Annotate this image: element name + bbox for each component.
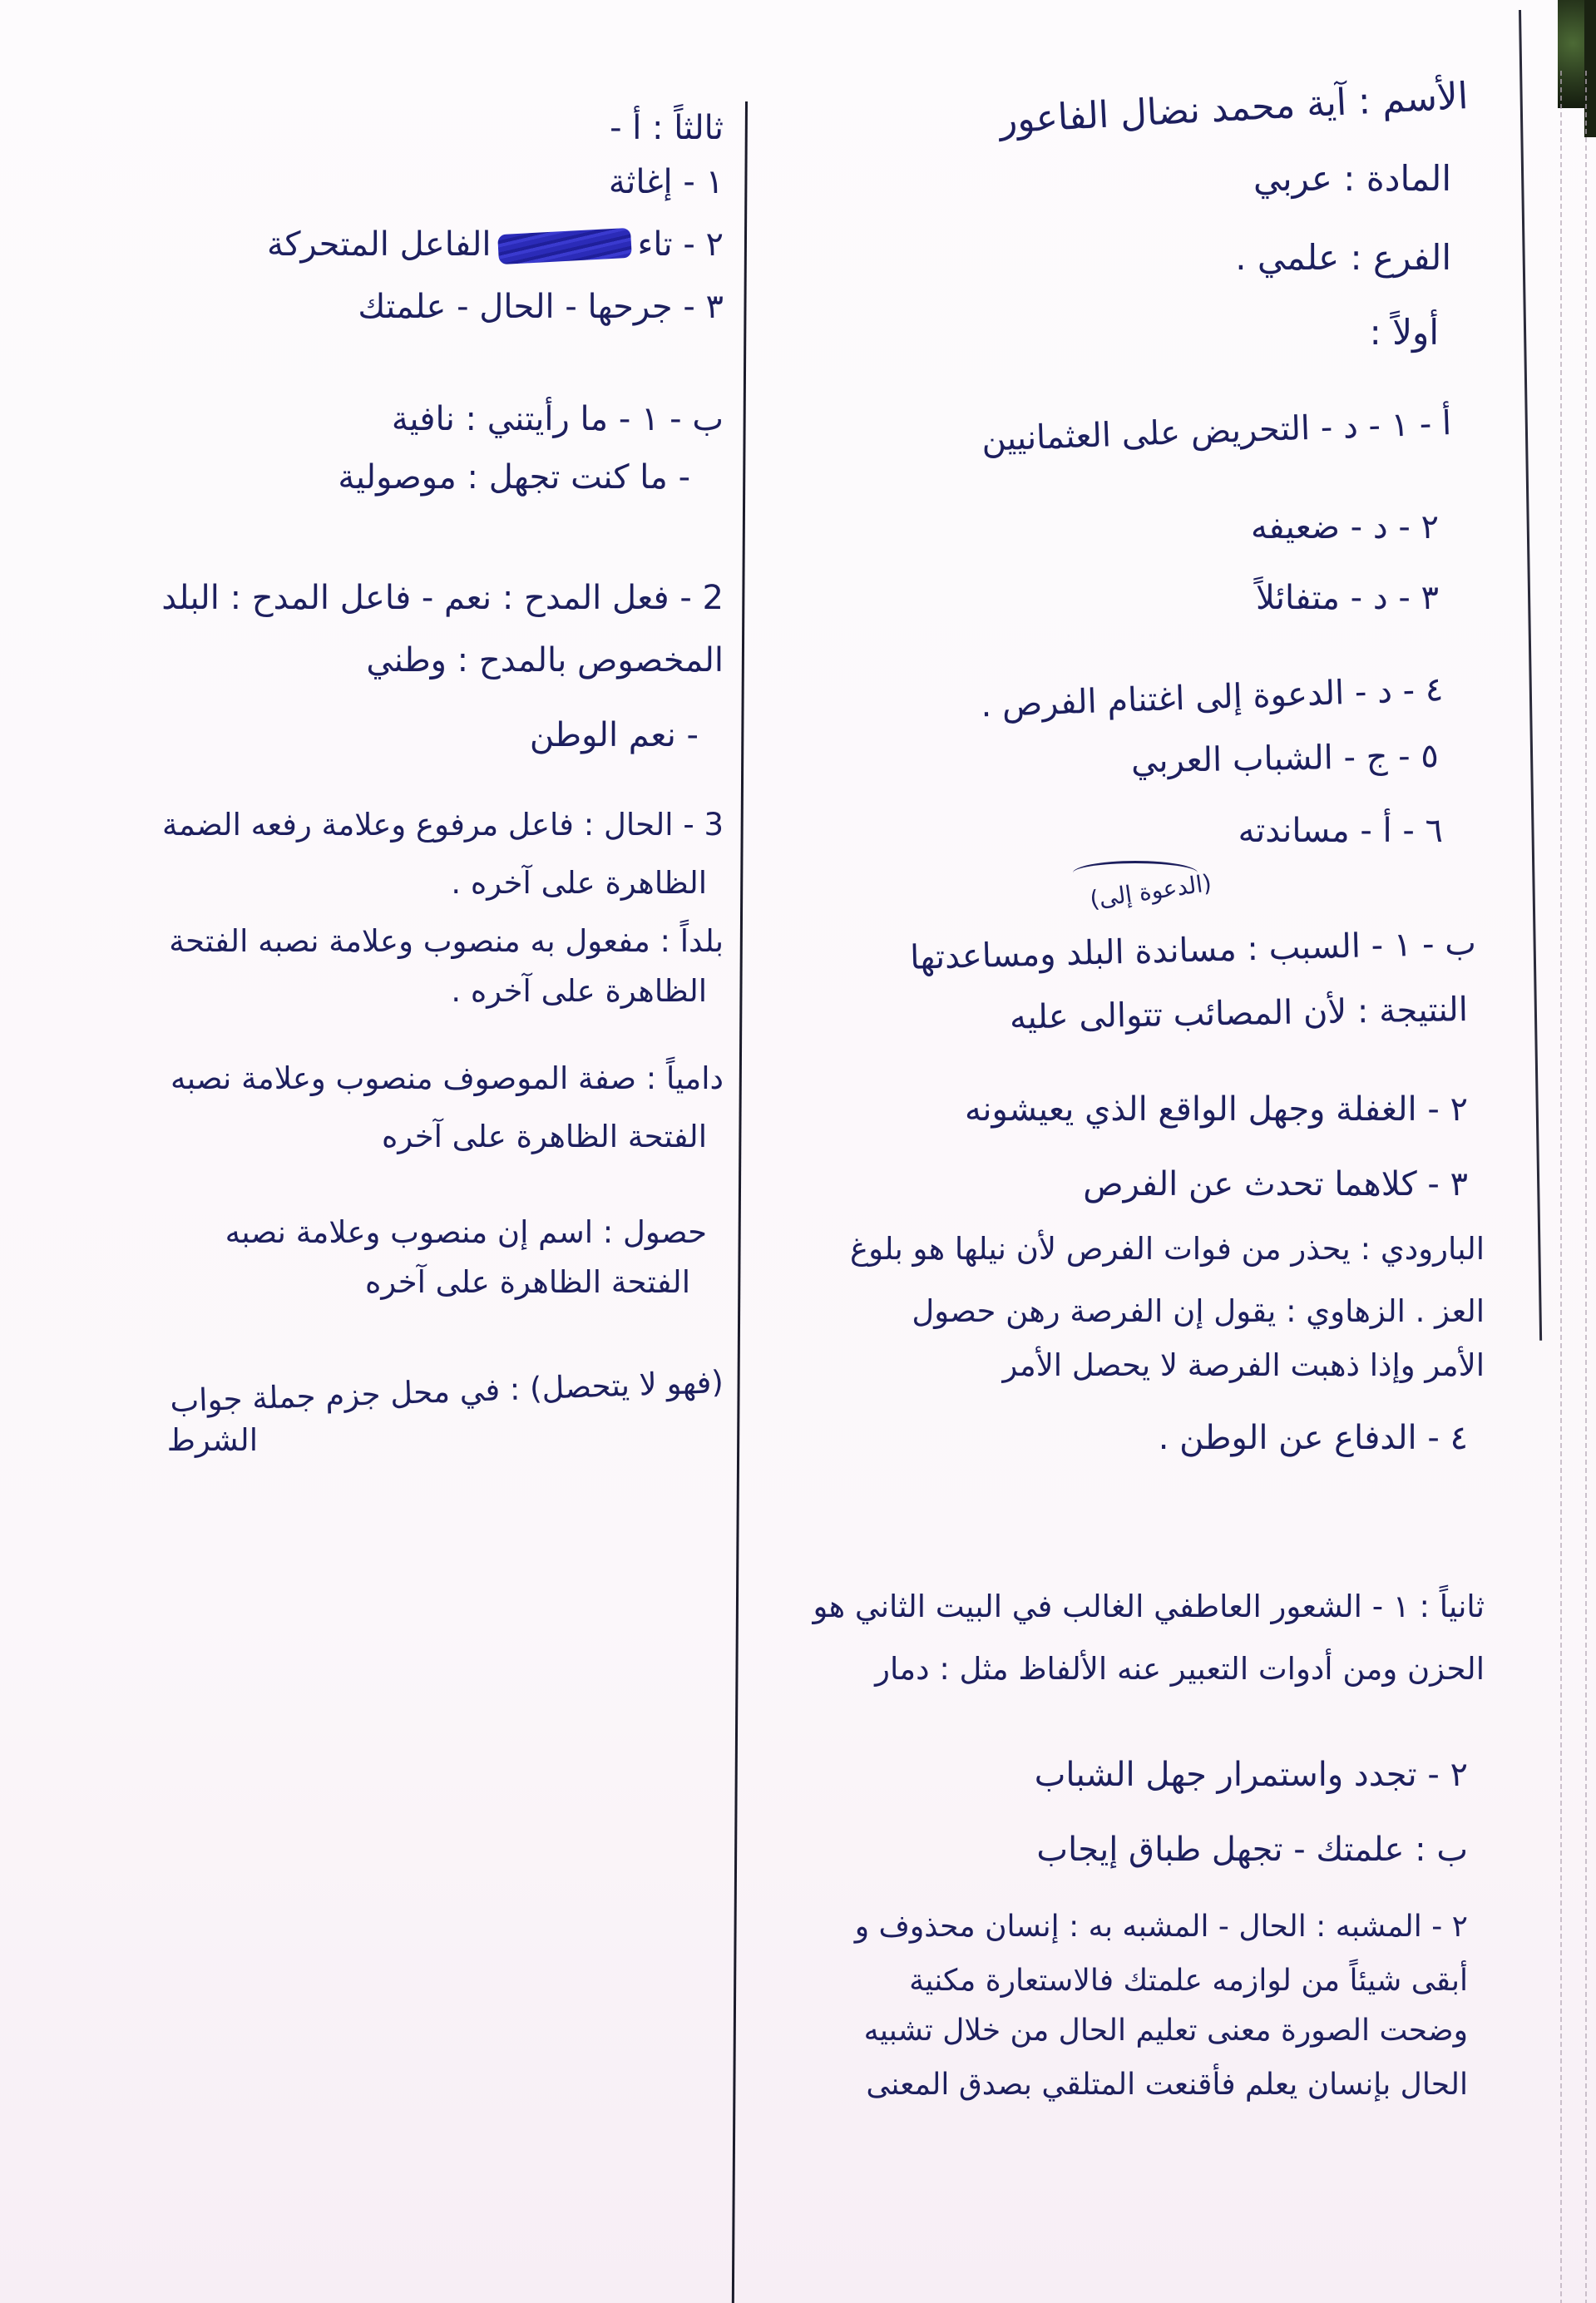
answer-3b1: ب - ١ - ما رأيتني : نافية: [392, 399, 724, 439]
section-2-line: الحزن ومن أدوات التعبير عنه الألفاظ مثل …: [875, 1651, 1485, 1688]
answer-b3-intro: ٣ - كلاهما تحدث عن الفرص: [1083, 1164, 1468, 1204]
answer-3-3-line: بلداً : مفعول به منصوب وعلامة نصبه الفتح…: [169, 923, 724, 960]
section-2-line: ٢ - المشبه : الحال - المشبه به : إنسان م…: [855, 1909, 1468, 1945]
answer-3-3-line: حصول : اسم إن منصوب وعلامة نصبه: [225, 1214, 707, 1251]
answer-3-3-line: الفتحة الظاهرة على آخره: [365, 1264, 690, 1301]
answer-3-3-line: (فهو لا يتحصل) : في محل جزم جملة جواب: [170, 1364, 724, 1421]
answer-3a2-start: ٢ - تاء: [638, 225, 724, 264]
section-3-title: ثالثاً : أ -: [610, 108, 724, 148]
crossed-out-text: [497, 228, 632, 264]
answer-b1-result: النتيجة : لأن المصائب تتوالى عليه: [1010, 990, 1469, 1038]
answer-3-3-line: الشرط: [167, 1422, 258, 1459]
section-2-line: الحال بإنسان يعلم فأقنعت المتلقي بصدق ال…: [866, 2067, 1468, 2103]
answer-3-3-line: الفتحة الظاهرة على آخره: [382, 1119, 707, 1155]
section-2-line: ثانياً : ١ - الشعور العاطفي الغالب في ال…: [813, 1589, 1485, 1625]
answer-3a3: ٣ - جرحها - الحال - علمتك: [358, 287, 724, 327]
answer-3b2: - ما كنت تجهل : موصولية: [338, 457, 690, 497]
answer-a1: أ - ١ - د - التحريض على العثمانيين: [981, 403, 1452, 460]
page-border-line: [1519, 10, 1542, 1341]
answer-a4: ٤ - د - الدعوة إلى اغتنام الفرص .: [980, 670, 1443, 725]
answer-3-3-line: الظاهرة على آخره .: [451, 865, 707, 902]
branch-label: الفرع : علمي .: [1235, 237, 1451, 279]
section-2-line: ب : علمتك - تجهل طباق إيجاب: [1036, 1830, 1468, 1870]
answer-b3-line: الأمر وإذا ذهبت الفرصة لا يحصل الأمر: [1002, 1347, 1485, 1384]
answer-b4: ٤ - الدفاع عن الوطن .: [1159, 1418, 1468, 1458]
section-2-line: ٢ - تجدد واستمرار جهل الشباب: [1035, 1755, 1468, 1795]
column-divider: [732, 101, 748, 2303]
section-2-line: وضحت الصورة معنى تعليم الحال من خلال تشب…: [864, 2013, 1468, 2048]
answer-a3: ٣ - د - متفائلاً: [1256, 578, 1439, 618]
section-1-title: أولاً :: [1370, 312, 1439, 353]
answer-b3-line: العز . الزهاوي : يقول إن الفرصة رهن حصول: [912, 1293, 1485, 1330]
underlying-sheet-edge: [1585, 71, 1587, 2303]
answer-3-3-line: دامياً : صفة الموصوف منصوب وعلامة نصبه: [170, 1060, 724, 1097]
answer-3-3-line: 3 - الحال : فاعل مرفوع وعلامة رفعه الضمة: [162, 807, 724, 843]
answer-a6: ٦ - أ - مساندته: [1238, 811, 1443, 851]
student-name: الأسم : آية محمد نضال الفاعور: [998, 75, 1469, 143]
answer-3-2-line: المخصوص بالمدح : وطني: [366, 640, 724, 680]
answer-a2: ٢ - د - ضعيفه: [1251, 507, 1439, 547]
answer-b1-cause: ب - ١ - السبب : مساندة البلد ومساعدتها: [910, 923, 1477, 978]
answer-3a2: ٢ - تاءالفاعل المتحركة: [267, 225, 724, 264]
answer-sheet-page: الأسم : آية محمد نضال الفاعور المادة : ع…: [0, 0, 1596, 2303]
subject-label: المادة : عربي: [1253, 158, 1451, 200]
underlying-sheet-edge: [1560, 71, 1562, 2303]
answer-3-2-line: - نعم الوطن: [530, 715, 699, 755]
answer-3-2-line: 2 - فعل المدح : نعم - فاعل المدح : البلد: [161, 578, 724, 618]
answer-3a1: ١ - إغاثة: [609, 162, 724, 202]
answer-3a2-end: الفاعل المتحركة: [267, 225, 491, 264]
answer-b2: ٢ - الغفلة وجهل الواقع الذي يعيشونه: [965, 1090, 1468, 1129]
answer-a5: ٥ - ج - الشباب العربي: [1131, 736, 1440, 781]
answer-3-3-line: الظاهرة على آخره .: [451, 973, 707, 1010]
section-2-line: أبقى شيئاً من لوازمه علمتك فالاستعارة مك…: [909, 1963, 1468, 1999]
answer-b3-line: البارودي : يحذر من فوات الفرص لأن نيلها …: [850, 1231, 1485, 1268]
